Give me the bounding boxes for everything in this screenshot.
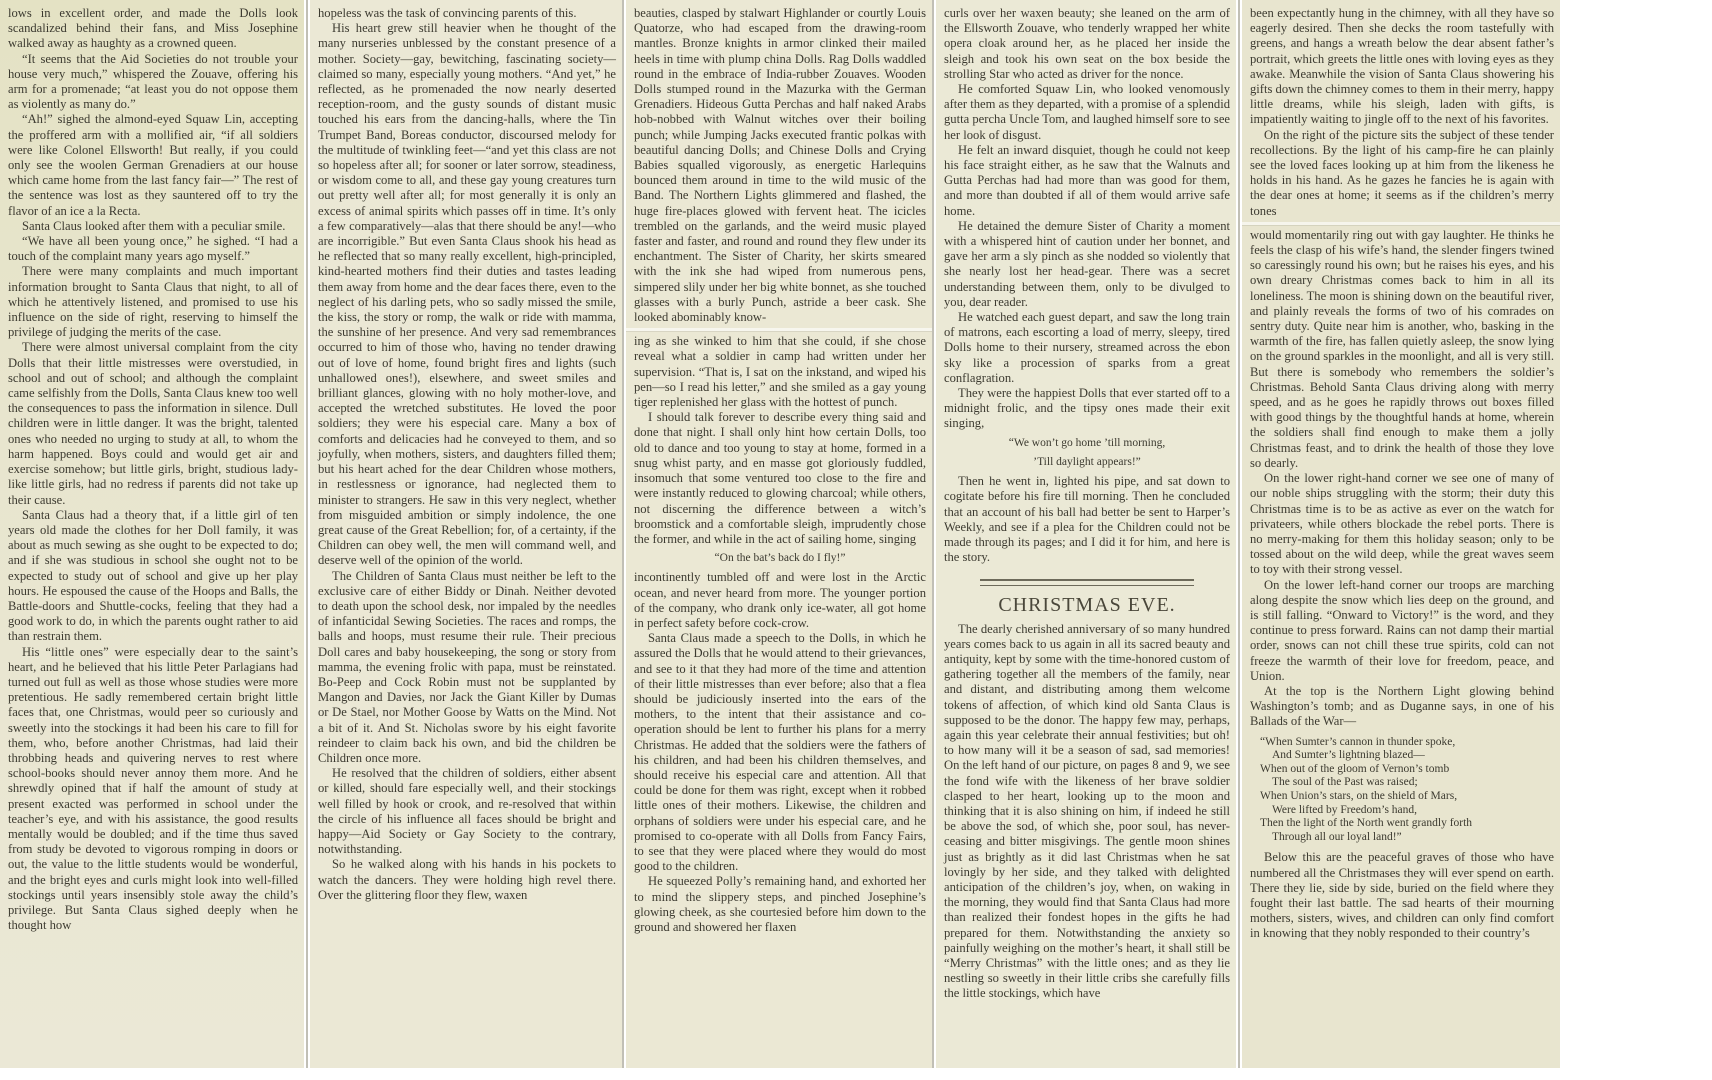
paragraph: “It seems that the Aid Societies do not … — [8, 52, 298, 113]
paragraph: They were the happiest Dolls that ever s… — [944, 386, 1230, 432]
column-5: been expectantly hung in the chimney, wi… — [1242, 0, 1560, 1068]
paragraph: Santa Claus had a theory that, if a litt… — [8, 508, 298, 645]
paragraph: The Children of Santa Claus must neither… — [318, 569, 616, 767]
headline-rule — [980, 579, 1194, 586]
paragraph: He felt an inward disquiet, though he co… — [944, 143, 1230, 219]
paragraph: His heart grew still heavier when he tho… — [318, 21, 616, 568]
paragraph: Santa Claus looked after them with a pec… — [8, 219, 298, 234]
column-rule — [1238, 0, 1240, 1068]
poem-line: When out of the gloom of Vernon’s tomb — [1250, 763, 1554, 777]
paragraph: lows in excellent order, and made the Do… — [8, 6, 298, 52]
column-rule — [306, 0, 308, 1068]
paragraph: He detained the demure Sister of Charity… — [944, 219, 1230, 310]
poem-line: Were lifted by Freedom’s hand, — [1250, 804, 1554, 818]
paragraph: been expectantly hung in the chimney, wi… — [1250, 6, 1554, 128]
poem-line: When Union’s stars, on the shield of Mar… — [1250, 790, 1554, 804]
paragraph: “Ah!” sighed the almond-eyed Squaw Lin, … — [8, 112, 298, 218]
paragraph: I should talk forever to describe every … — [634, 410, 926, 547]
paragraph: On the lower right-hand corner we see on… — [1250, 471, 1554, 577]
poem-line: Through all our loyal land!” — [1250, 831, 1554, 845]
paragraph: Then he went in, lighted his pipe, and s… — [944, 474, 1230, 565]
clipping-seam — [626, 328, 932, 331]
column-3: beauties, clasped by stalwart Highlander… — [626, 0, 932, 1068]
song-line: “On the bat’s back do I fly!” — [634, 551, 926, 566]
paragraph: He resolved that the children of soldier… — [318, 766, 616, 857]
song-line: ’Till daylight appears!” — [944, 455, 1230, 470]
paragraph: hopeless was the task of convincing pare… — [318, 6, 616, 21]
column-rule — [932, 0, 934, 1068]
paragraph: Below this are the peaceful graves of th… — [1250, 850, 1554, 941]
paragraph: beauties, clasped by stalwart Highlander… — [634, 6, 926, 325]
paragraph: would momentarily ring out with gay laug… — [1250, 228, 1554, 471]
paragraph: ing as she winked to him that she could,… — [634, 334, 926, 410]
paragraph: Santa Claus made a speech to the Dolls, … — [634, 631, 926, 874]
paragraph: “We have all been young once,” he sighed… — [8, 234, 298, 264]
clipping-seam — [1242, 222, 1560, 225]
paragraph: His “little ones” were especially dear t… — [8, 645, 298, 934]
paragraph: There were many complaints and much impo… — [8, 264, 298, 340]
headline: CHRISTMAS EVE. — [944, 598, 1230, 613]
paragraph: At the top is the Northern Light glowing… — [1250, 684, 1554, 730]
newspaper-page: lows in excellent order, and made the Do… — [0, 0, 1568, 1080]
column-rule — [622, 0, 624, 1068]
paragraph: He squeezed Polly’s remaining hand, and … — [634, 874, 926, 935]
poem-line: “When Sumter’s cannon in thunder spoke, — [1250, 736, 1554, 750]
poem-line: And Sumter’s lightning blazed— — [1250, 749, 1554, 763]
paragraph: There were almost universal complaint fr… — [8, 340, 298, 507]
song-line: “We won’t go home ’till morning, — [944, 436, 1230, 451]
poem-line: The soul of the Past was raised; — [1250, 776, 1554, 790]
paragraph: On the lower left-hand corner our troops… — [1250, 578, 1554, 684]
paragraph: He watched each guest depart, and saw th… — [944, 310, 1230, 386]
paragraph: incontinently tumbled off and were lost … — [634, 570, 926, 631]
poem-quote: “When Sumter’s cannon in thunder spoke,A… — [1250, 736, 1554, 845]
paragraph: So he walked along with his hands in his… — [318, 857, 616, 903]
column-4: curls over her waxen beauty; she leaned … — [936, 0, 1236, 1068]
paragraph: The dearly cherished anniversary of so m… — [944, 622, 1230, 1002]
poem-line: Then the light of the North went grandly… — [1250, 817, 1554, 831]
paragraph: On the right of the picture sits the sub… — [1250, 128, 1554, 219]
column-2: hopeless was the task of convincing pare… — [310, 0, 622, 1068]
column-1: lows in excellent order, and made the Do… — [0, 0, 304, 1068]
paragraph: curls over her waxen beauty; she leaned … — [944, 6, 1230, 82]
paragraph: He comforted Squaw Lin, who looked venom… — [944, 82, 1230, 143]
